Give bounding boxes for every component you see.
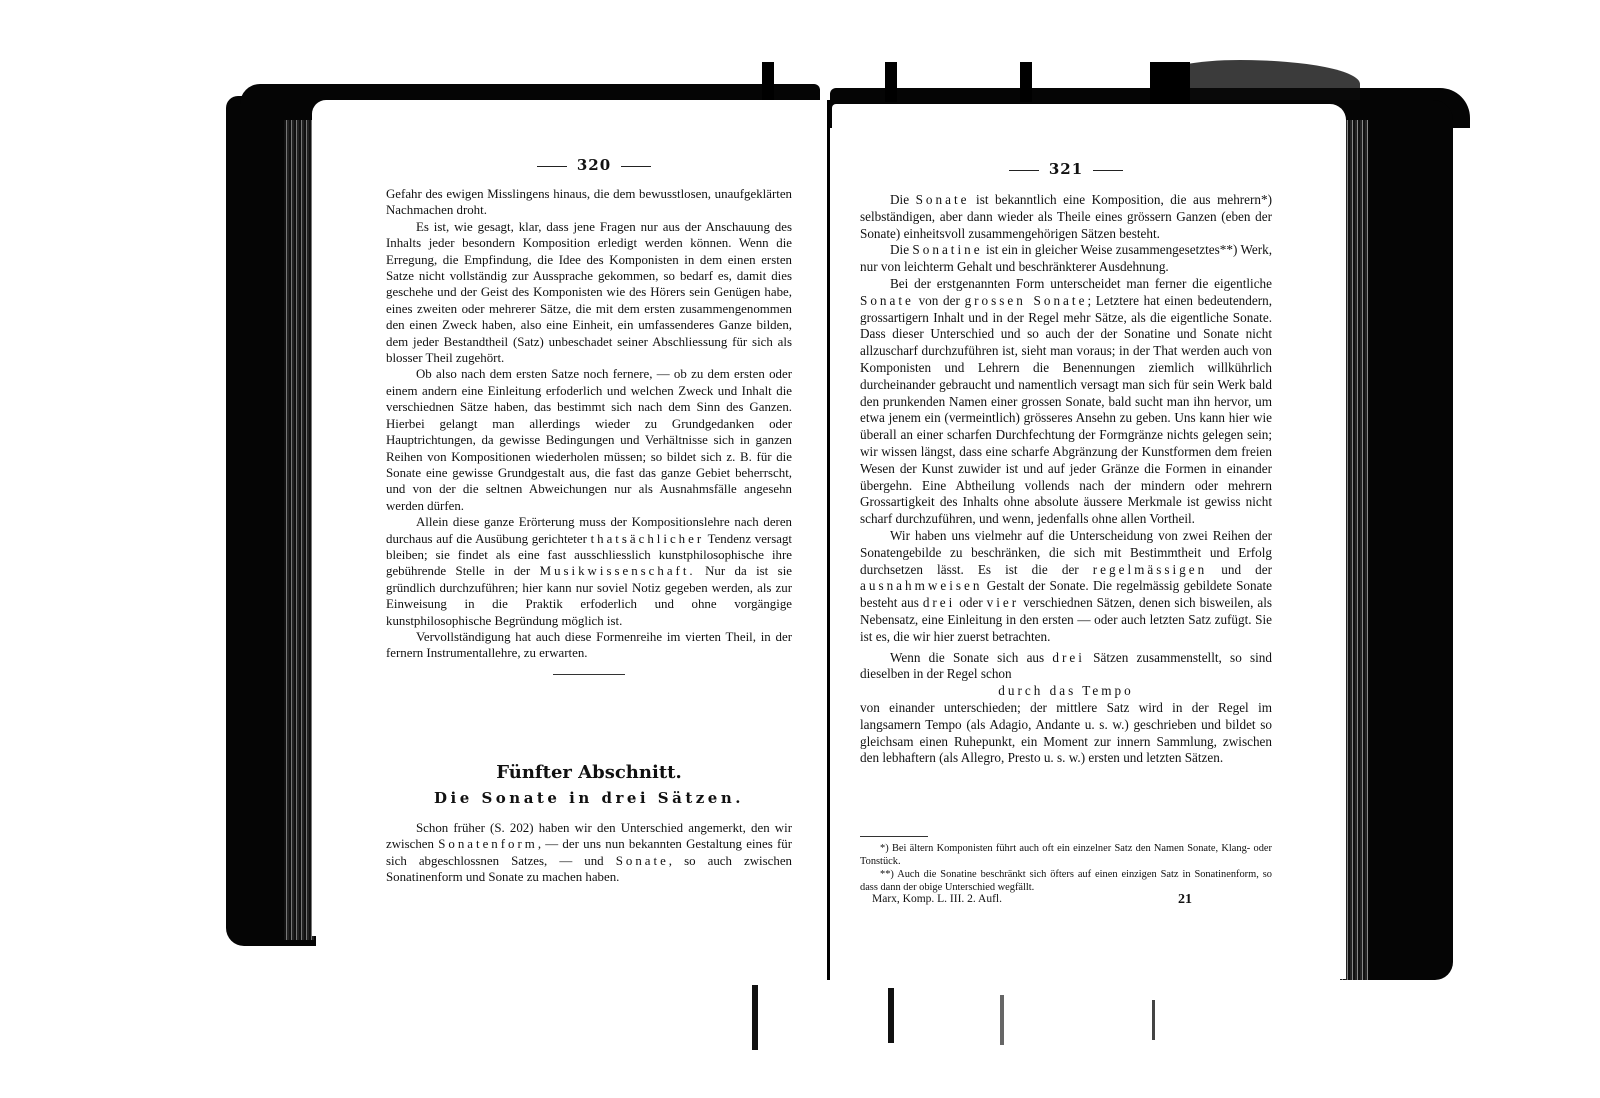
dash-decoration — [1009, 170, 1039, 171]
text-run: Die — [890, 242, 912, 257]
clip-mark — [1152, 1000, 1155, 1040]
chapter-title: Fünfter Abschnitt. — [386, 762, 792, 783]
emphasis-spaced: Sonatenform — [438, 837, 538, 851]
bookmark-tab — [885, 62, 897, 102]
paragraph: Vervollständigung hat auch diese Formenr… — [386, 629, 792, 662]
paragraph: Die Sonate ist bekanntlich eine Komposit… — [860, 192, 1272, 242]
left-page-body: Gefahr des ewigen Misslingens hinaus, di… — [386, 186, 792, 675]
bookmark-tab — [762, 62, 774, 102]
paragraph: Es ist, wie gesagt, klar, dass jene Frag… — [386, 219, 792, 367]
text-run: Bei der erstgenannten Form unterscheidet… — [890, 276, 1272, 291]
paragraph: von einander unterschieden; der mittlere… — [860, 700, 1272, 767]
emphasis-spaced: Sonatine — [912, 242, 982, 257]
text-run: von der — [914, 293, 965, 308]
page-number-text: 320 — [577, 156, 611, 174]
book-cover-right-edge — [1365, 100, 1453, 980]
dash-decoration — [621, 166, 651, 167]
book-gutter — [827, 100, 830, 980]
paragraph: Schon früher (S. 202) haben wir den Unte… — [386, 820, 792, 886]
centered-emphasis-line: durch das Tempo — [860, 683, 1272, 700]
right-page-body: Die Sonate ist bekanntlich eine Komposit… — [860, 192, 1272, 767]
page-stack-left — [284, 120, 314, 940]
clip-mark — [752, 985, 758, 1050]
section-divider — [553, 674, 625, 675]
footnote: **) Auch die Sonatine beschränkt sich öf… — [860, 868, 1272, 894]
paragraph: Allein diese ganze Erörterung muss der K… — [386, 514, 792, 629]
book-cover-worn-corner — [1160, 60, 1360, 100]
page-number-right: 321 — [856, 160, 1276, 178]
paragraph: Wir haben uns vielmehr auf die Untersche… — [860, 528, 1272, 646]
page-number-text: 321 — [1049, 160, 1083, 178]
text-run: oder — [955, 595, 986, 610]
dash-decoration — [537, 166, 567, 167]
chapter-subtitle: Die Sonate in drei Sätzen. — [386, 789, 792, 807]
bookmark-tab — [1150, 62, 1190, 107]
paragraph: Gefahr des ewigen Misslingens hinaus, di… — [386, 186, 792, 219]
emphasis-spaced: Sonate — [916, 192, 970, 207]
clip-mark — [888, 988, 894, 1043]
emphasis-spaced: Musikwissenschaft. — [540, 564, 696, 578]
paragraph: Bei der erstgenannten Form unterscheidet… — [860, 276, 1272, 528]
emphasis-spaced: vier — [987, 595, 1020, 610]
chapter-intro: Schon früher (S. 202) haben wir den Unte… — [386, 820, 792, 886]
book-scan: 320 Gefahr des ewigen Misslingens hinaus… — [0, 0, 1600, 1098]
emphasis-spaced: thatsächlicher — [591, 532, 705, 546]
emphasis-spaced: drei — [923, 595, 956, 610]
text-run: und der — [1207, 562, 1272, 577]
emphasis-spaced: ausnahmweisen — [860, 578, 983, 593]
emphasis-spaced: drei — [1052, 650, 1085, 665]
paragraph: Wenn die Sonate sich aus drei Sätzen zus… — [860, 650, 1272, 684]
emphasis-spaced: Sonate — [860, 293, 914, 308]
bookmark-tab — [1020, 62, 1032, 102]
emphasis-spaced: regelmässigen — [1093, 562, 1207, 577]
footnote-divider — [860, 836, 928, 837]
chapter-heading-block: Fünfter Abschnitt. Die Sonate in drei Sä… — [386, 762, 792, 807]
printer-signature: Marx, Komp. L. III. 2. Aufl. — [872, 893, 1222, 905]
paragraph: Ob also nach dem ersten Satze noch ferne… — [386, 366, 792, 514]
text-run: Die — [890, 192, 916, 207]
page-number-left: 320 — [384, 156, 804, 174]
paragraph: Die Sonatine ist ein in gleicher Weise z… — [860, 242, 1272, 276]
signature-number: 21 — [1178, 892, 1192, 908]
emphasis-spaced: grossen Sonate — [965, 293, 1088, 308]
emphasis-spaced: Sonate — [616, 854, 669, 868]
footnote: *) Bei ältern Komponisten führt auch oft… — [860, 842, 1272, 868]
clip-mark — [1000, 995, 1004, 1045]
footnotes: *) Bei ältern Komponisten führt auch oft… — [860, 842, 1272, 894]
text-run: ; Letztere hat einen bedeutendern, gross… — [860, 293, 1272, 526]
dash-decoration — [1093, 170, 1123, 171]
text-run: Wenn die Sonate sich aus — [890, 650, 1052, 665]
